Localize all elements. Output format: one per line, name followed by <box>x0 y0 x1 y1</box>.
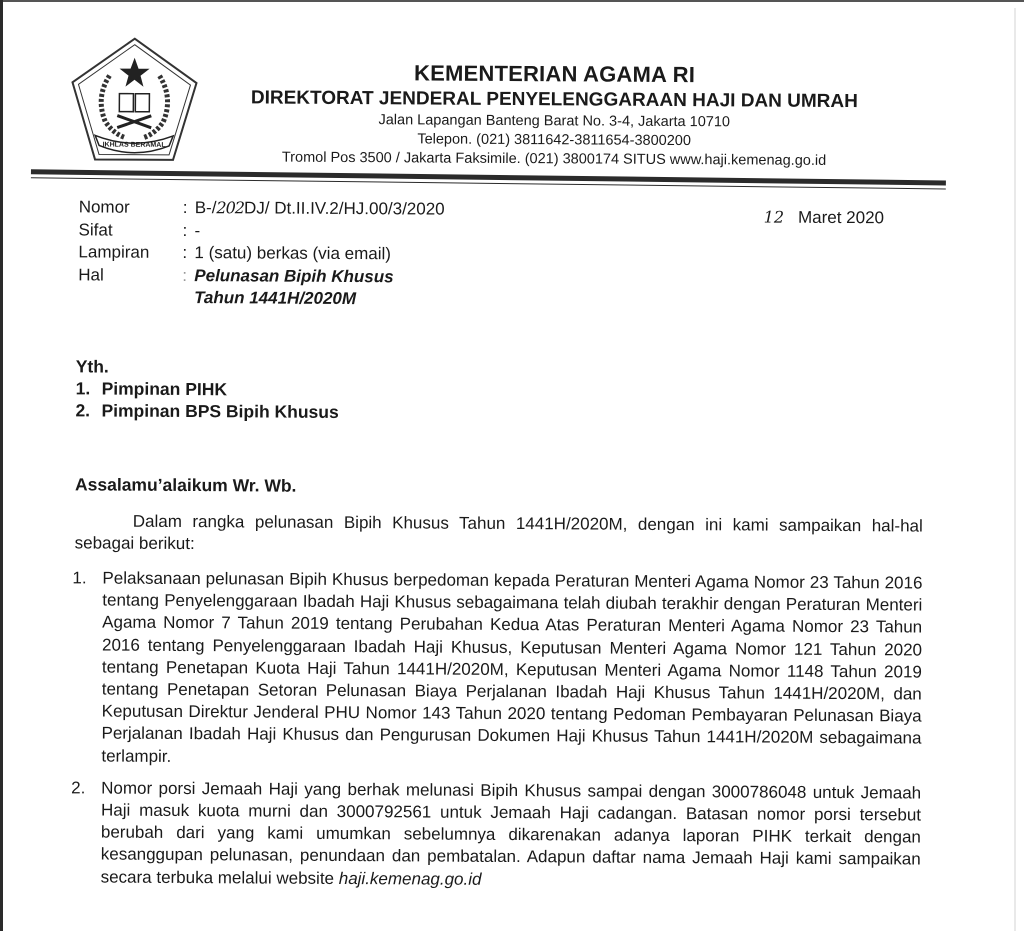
addressees: Yth. 1.Pimpinan PIHK 2.Pimpinan BPS Bipi… <box>75 355 339 423</box>
addressee-heading: Yth. <box>76 355 339 379</box>
fax-website: Tromol Pos 3500 / Jakarta Faksimile. (02… <box>219 148 889 171</box>
directorate-name: DIREKTORAT JENDERAL PENYELENGGARAAN HAJI… <box>219 86 889 114</box>
kemenag-logo-icon: IKHLAS BERAMAL <box>69 35 200 164</box>
hal-label: Hal <box>78 264 182 310</box>
letter-date: 12Maret 2020 <box>764 208 884 229</box>
handwritten-number: 202 <box>216 198 244 217</box>
sifat-value: - <box>195 220 201 243</box>
meta-sifat: Sifat : - <box>79 219 445 244</box>
hal-value: Pelunasan Bipih KhususTahun 1441H/2020M <box>194 265 394 311</box>
meta-hal: Hal : Pelunasan Bipih KhususTahun 1441H/… <box>78 264 444 311</box>
letterhead: KEMENTERIAN AGAMA RI DIREKTORAT JENDERAL… <box>219 58 890 171</box>
meta-lampiran: Lampiran : 1 (satu) berkas (via email) <box>78 241 444 266</box>
letter-page: IKHLAS BERAMAL KEMENTERIAN AGAMA RI DIRE… <box>0 0 1024 931</box>
addressee-item: 2.Pimpinan BPS Bipih Khusus <box>75 399 338 423</box>
month-year: Maret 2020 <box>798 208 884 228</box>
intro-paragraph: Dalam rangka pelunasan Bipih Khusus Tahu… <box>75 510 923 559</box>
points-list: 1. Pelaksanaan pelunasan Bipih Khusus be… <box>71 567 923 903</box>
nomor-label: Nomor <box>79 196 183 219</box>
greeting: Assalamu’alaikum Wr. Wb. <box>75 474 297 496</box>
lampiran-value: 1 (satu) berkas (via email) <box>194 242 391 266</box>
svg-text:IKHLAS BERAMAL: IKHLAS BERAMAL <box>103 142 167 149</box>
website-link[interactable]: haji.kemenag.go.id <box>339 869 482 889</box>
nomor-value: B-/202DJ/ Dt.II.IV.2/HJ.00/3/2020 <box>195 197 445 221</box>
handwritten-day: 12 <box>764 208 784 227</box>
meta-nomor: Nomor : B-/202DJ/ Dt.II.IV.2/HJ.00/3/202… <box>79 196 445 221</box>
addressee-item: 1.Pimpinan PIHK <box>76 377 339 401</box>
point-item: 1. Pelaksanaan pelunasan Bipih Khusus be… <box>71 567 922 772</box>
point-item: 2. Nomor porsi Jemaah Haji yang berhak m… <box>71 777 922 893</box>
ministry-name: KEMENTERIAN AGAMA RI <box>219 58 889 90</box>
letterhead-divider <box>31 169 946 189</box>
letter-meta: Nomor : B-/202DJ/ Dt.II.IV.2/HJ.00/3/202… <box>78 196 445 311</box>
sifat-label: Sifat <box>79 219 183 242</box>
lampiran-label: Lampiran <box>78 241 182 264</box>
